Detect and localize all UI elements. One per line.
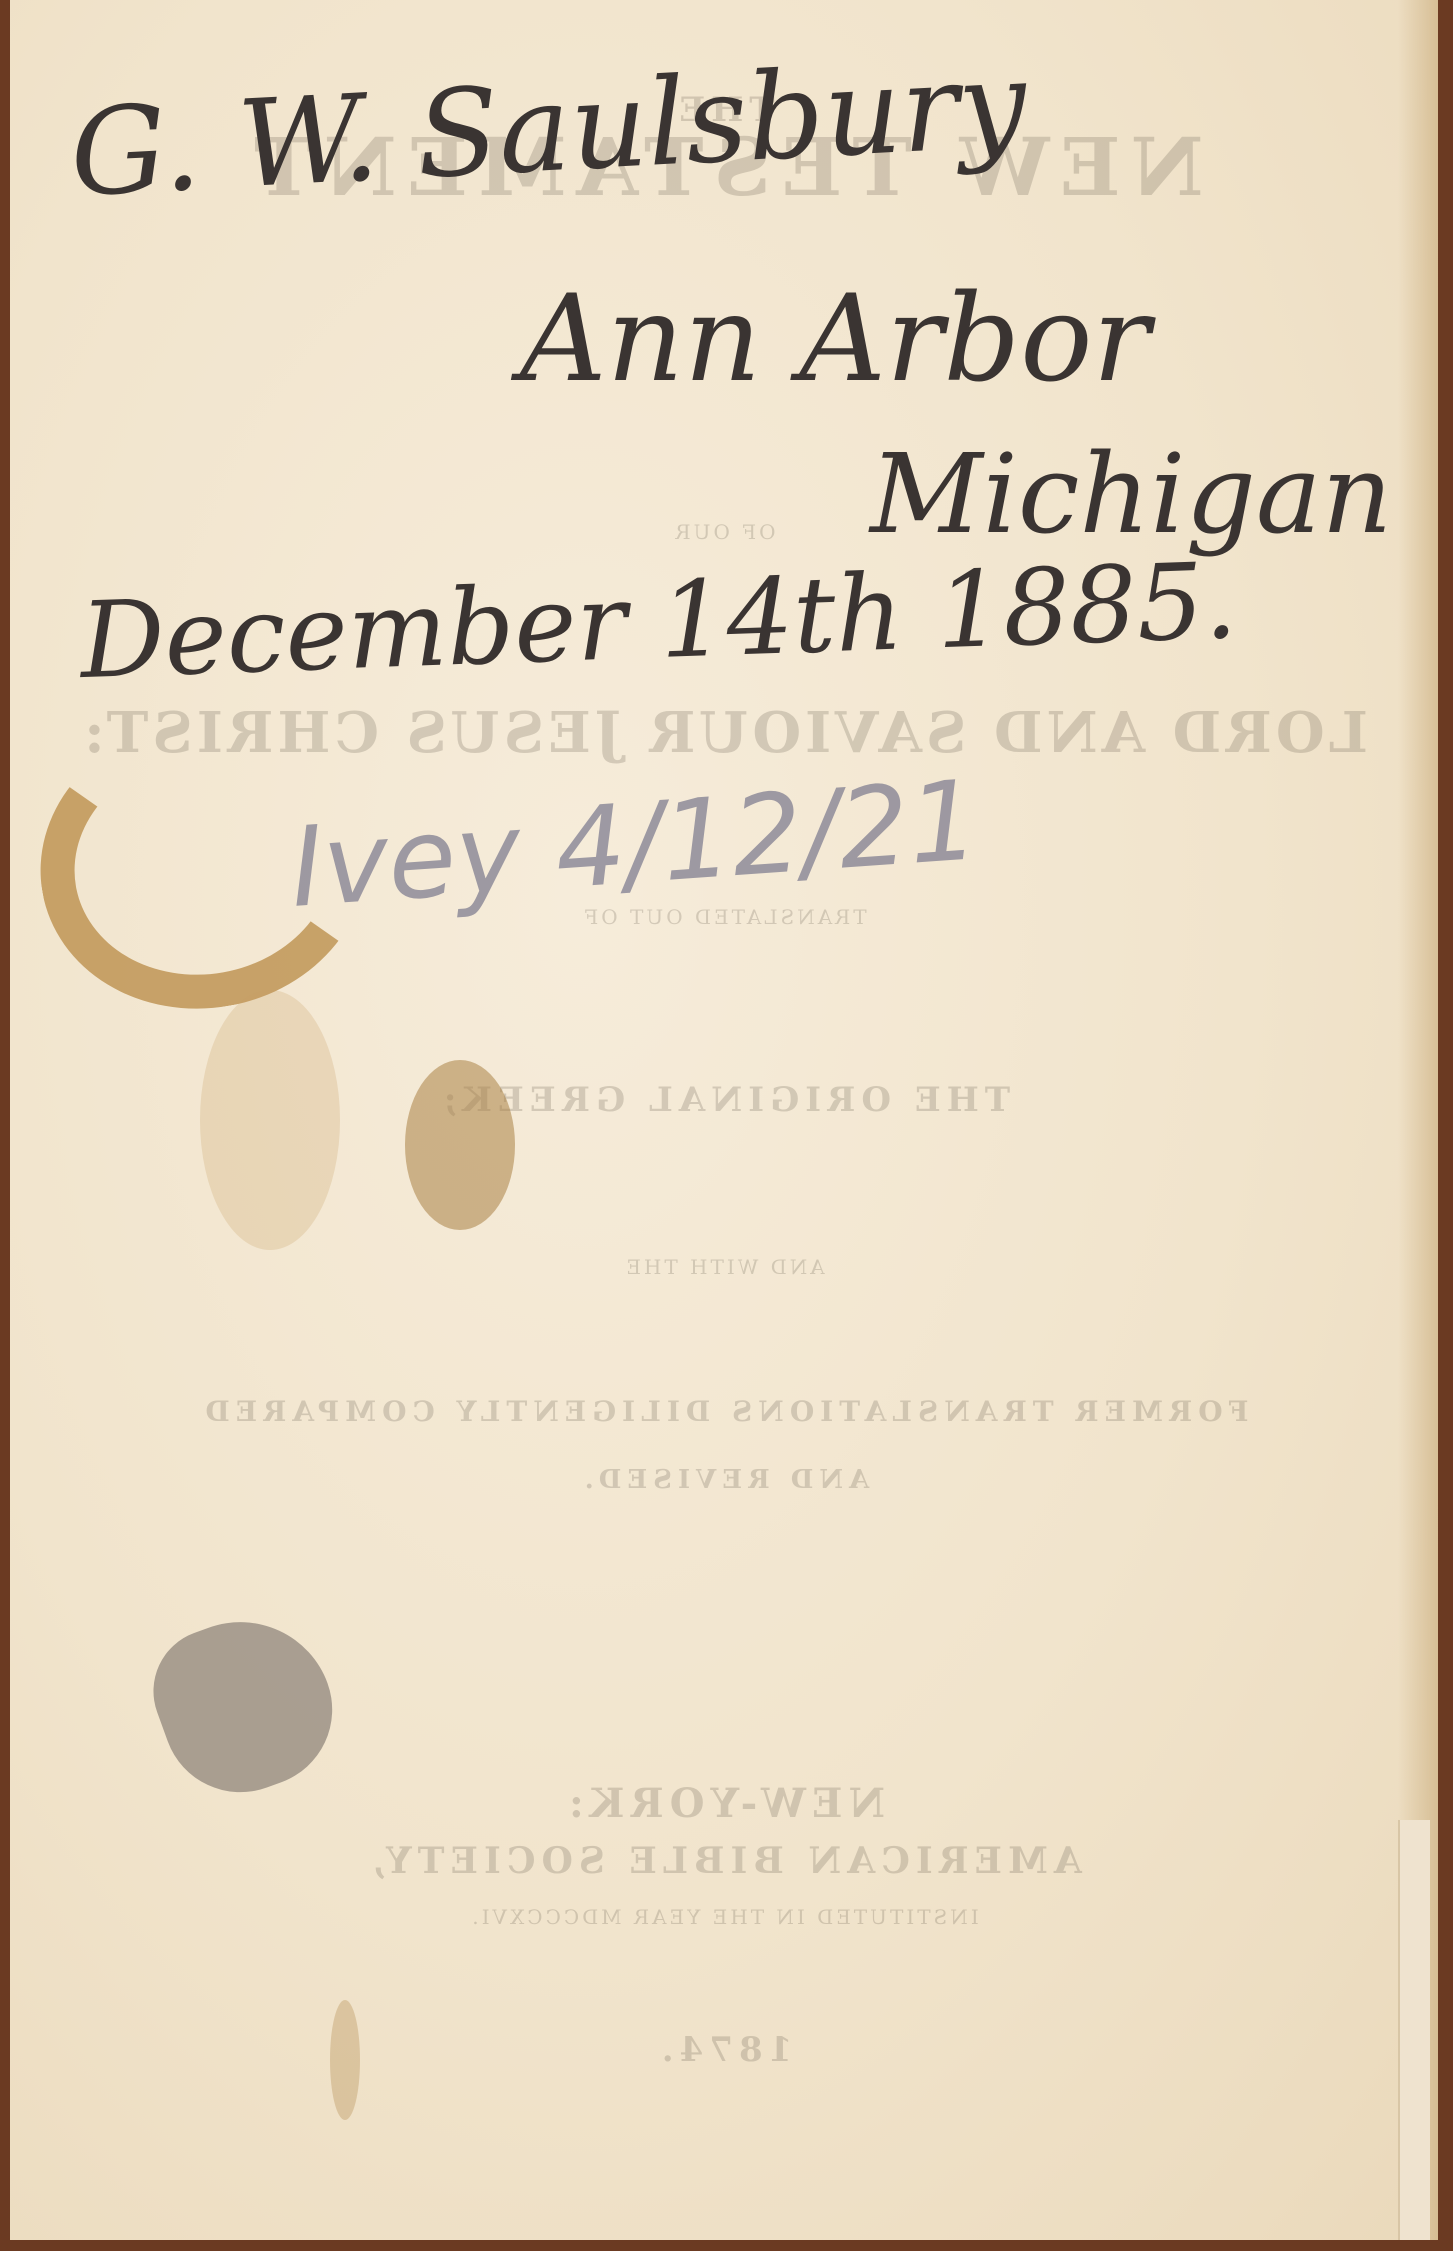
small-drip-stain bbox=[330, 2000, 360, 2120]
inscription-state: Michigan bbox=[870, 430, 1392, 558]
bleed-text-former-translations: FORMER TRANSLATIONS DILIGENTLY COMPARED bbox=[10, 1395, 1438, 1428]
inscription-city: Ann Arbor bbox=[520, 270, 1150, 409]
bleed-text-american-bible-society: AMERICAN BIBLE SOCIETY, bbox=[10, 1840, 1438, 1882]
book-page: THE NEW TESTAMENT OF OUR LORD AND SAVIOU… bbox=[10, 0, 1438, 2240]
bleed-text-and-revised: AND REVISED. bbox=[10, 1465, 1438, 1495]
bleed-text-year: 1874. bbox=[10, 2030, 1438, 2070]
speckled-stain bbox=[200, 990, 340, 1250]
brown-spot-stain bbox=[405, 1060, 515, 1230]
bleed-text-instituted: INSTITUTED IN THE YEAR MDCCCXVI. bbox=[10, 1905, 1438, 1929]
inscription-date: December 14th 1885. bbox=[78, 540, 1239, 702]
bleed-text-and-with-the: AND WITH THE bbox=[10, 1255, 1438, 1279]
